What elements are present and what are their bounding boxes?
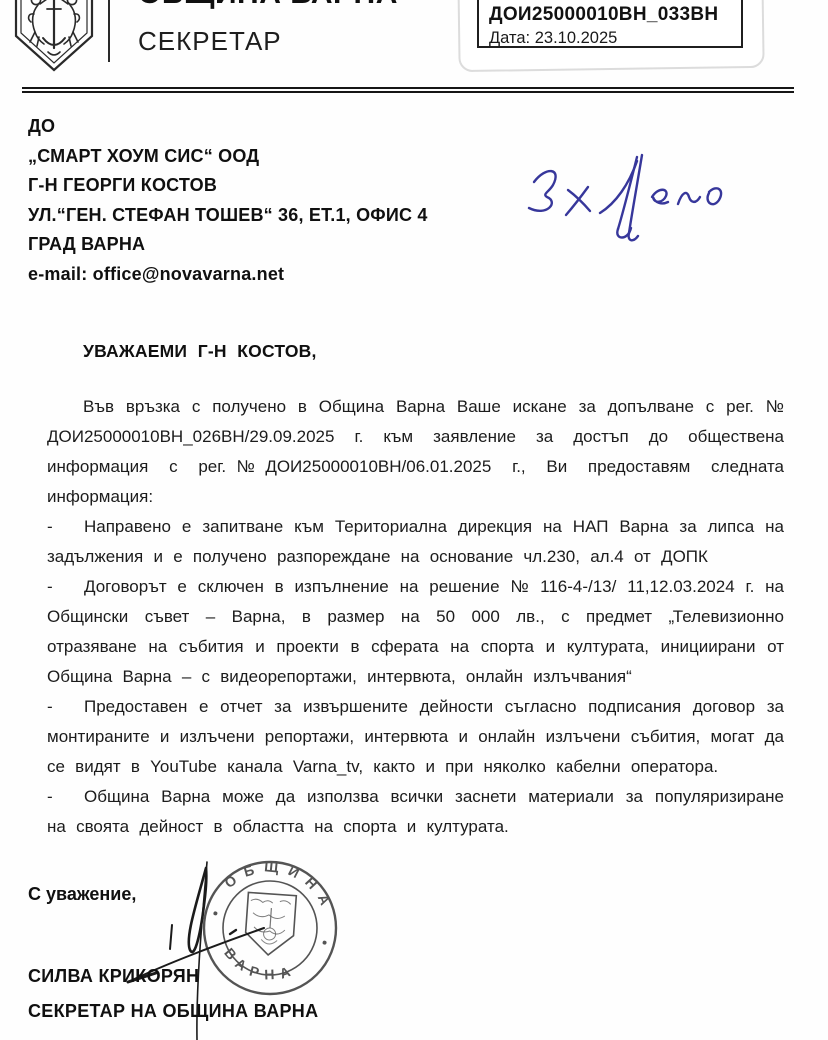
bullet-item: -Община Варна може да използва всички за…	[47, 782, 784, 842]
signer-title: СЕКРЕТАР НА ОБЩИНА ВАРНА	[28, 1001, 318, 1022]
bullet-dash: -	[47, 512, 84, 542]
recipient-person: Г-Н ГЕОРГИ КОСТОВ	[28, 171, 428, 201]
registration-box: ДОИ25000010ВН_033ВН Дата: 23.10.2025	[477, 0, 743, 48]
registration-date: Дата: 23.10.2025	[489, 29, 741, 48]
handwritten-note-za-delo	[516, 140, 741, 245]
date-value: 23.10.2025	[535, 29, 618, 47]
recipient-address: УЛ.“ГЕН. СТЕФАН ТОШЕВ“ 36, ЕТ.1, ОФИС 4	[28, 201, 428, 231]
bullet-text: Договорът е сключен в изпълнение на реше…	[47, 577, 784, 686]
bullet-dash: -	[47, 782, 84, 812]
recipient-to-label: ДО	[28, 112, 428, 142]
recipient-email: e-mail: office@novavarna.net	[28, 260, 428, 290]
org-title: ОБЩИНА ВАРНА	[138, 0, 398, 10]
date-label: Дата:	[489, 29, 530, 47]
left-lion-icon	[29, 0, 50, 46]
bullet-dash: -	[47, 572, 84, 602]
bullet-item: -Договорът е сключен в изпълнение на реш…	[47, 572, 784, 692]
org-subtitle: СЕКРЕТАР	[138, 26, 282, 57]
intro-paragraph: Във връзка с получено в Община Варна Ваш…	[47, 392, 784, 512]
recipient-company: „СМАРТ ХОУМ СИС“ ООД	[28, 142, 428, 172]
bullet-text: Направено е запитване към Териториална д…	[47, 517, 784, 566]
salutation: УВАЖАЕМИ Г-Н КОСТОВ,	[83, 336, 784, 366]
bullet-item: -Предоставен е отчет за извършените дейн…	[47, 692, 784, 782]
recipient-block: ДО „СМАРТ ХОУМ СИС“ ООД Г-Н ГЕОРГИ КОСТО…	[28, 112, 428, 289]
right-lion-icon	[58, 0, 79, 46]
registration-number: ДОИ25000010ВН_033ВН	[489, 4, 741, 26]
bullet-dash: -	[47, 692, 84, 722]
varna-coat-of-arms-logo	[14, 0, 94, 74]
header-divider	[108, 0, 110, 62]
header-rule	[22, 87, 794, 93]
recipient-city: ГРАД ВАРНА	[28, 230, 428, 260]
signer-name: СИЛВА КРИКОРЯН	[28, 966, 199, 987]
anchor-icon	[43, 0, 65, 55]
bullet-text: Предоставен е отчет за извършените дейно…	[47, 697, 784, 776]
bullet-item: -Направено е запитване към Териториална …	[47, 512, 784, 572]
bullet-text: Община Варна може да използва всички зас…	[47, 787, 784, 836]
letter-body: УВАЖАЕМИ Г-Н КОСТОВ, Във връзка с получе…	[47, 336, 784, 842]
